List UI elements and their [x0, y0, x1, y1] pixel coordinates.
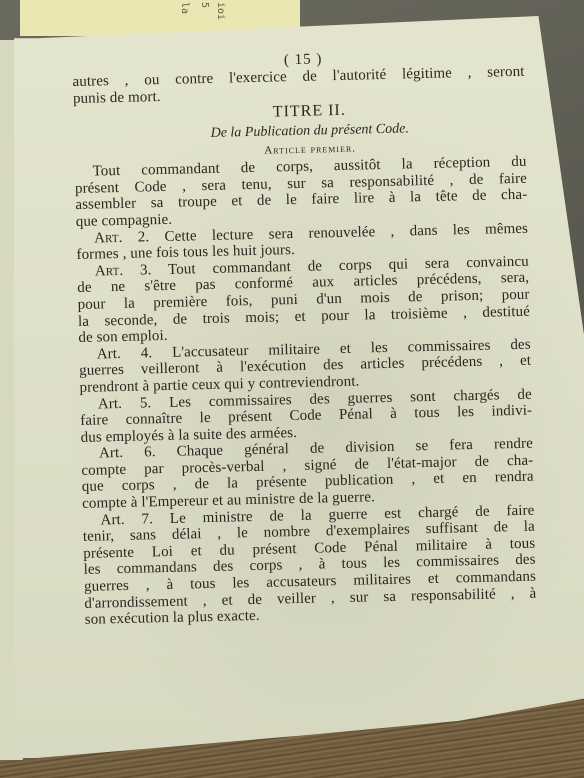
article-label: Art. 4. [97, 345, 153, 362]
article-label: Art. 3. [95, 262, 152, 279]
article-label: Art. 6. [99, 444, 156, 461]
article-label: Art. 5. [98, 395, 152, 412]
page-text-block: ( 15 ) autres , ou contre l'exercice de … [72, 46, 537, 629]
tag-fragment: 5 [199, 2, 210, 8]
tag-fragment: la [179, 2, 190, 14]
article-3: Art. 3. Tout commandant de corps qui ser… [77, 253, 531, 346]
article-1: Tout commandant de corps, aussitôt la ré… [74, 154, 527, 231]
article-label: Art. 7. [100, 511, 153, 528]
tag-fragment: ioi [215, 2, 226, 20]
article-7: Art. 7. Le ministre de la guerre est cha… [82, 502, 537, 628]
article-label: Art. 2. [94, 229, 149, 246]
article-6: Art. 6. Chaque général de division se fe… [81, 436, 534, 513]
